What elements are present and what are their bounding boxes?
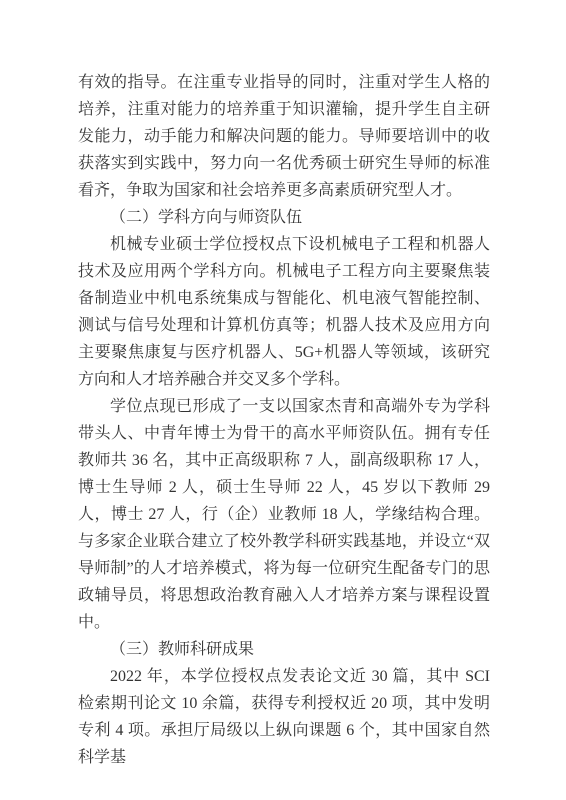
body-paragraph-continued: 有效的指导。在注重专业指导的同时，注重对学生人格的培养，注重对能力的培养重于知识… [78, 69, 490, 204]
document-page: 有效的指导。在注重专业指导的同时，注重对学生人格的培养，注重对能力的培养重于知识… [0, 0, 566, 800]
body-paragraph-clipped: 2022 年，本学位授权点发表论文近 30 篇，其中 SCI 检索期刊论文 10… [78, 663, 490, 771]
page-number: 17 [0, 726, 566, 738]
body-paragraph: 机械专业硕士学位授权点下设机械电子工程和机器人技术及应用两个学科方向。机械电子工… [78, 231, 490, 393]
section-heading-3: （三）教师科研成果 [78, 636, 490, 663]
body-text-block: 有效的指导。在注重专业指导的同时，注重对学生人格的培养，注重对能力的培养重于知识… [78, 69, 490, 771]
body-paragraph: 学位点现已形成了一支以国家杰青和高端外专为学科带头人、中青年博士为骨干的高水平师… [78, 393, 490, 636]
section-heading-2: （二）学科方向与师资队伍 [78, 204, 490, 231]
